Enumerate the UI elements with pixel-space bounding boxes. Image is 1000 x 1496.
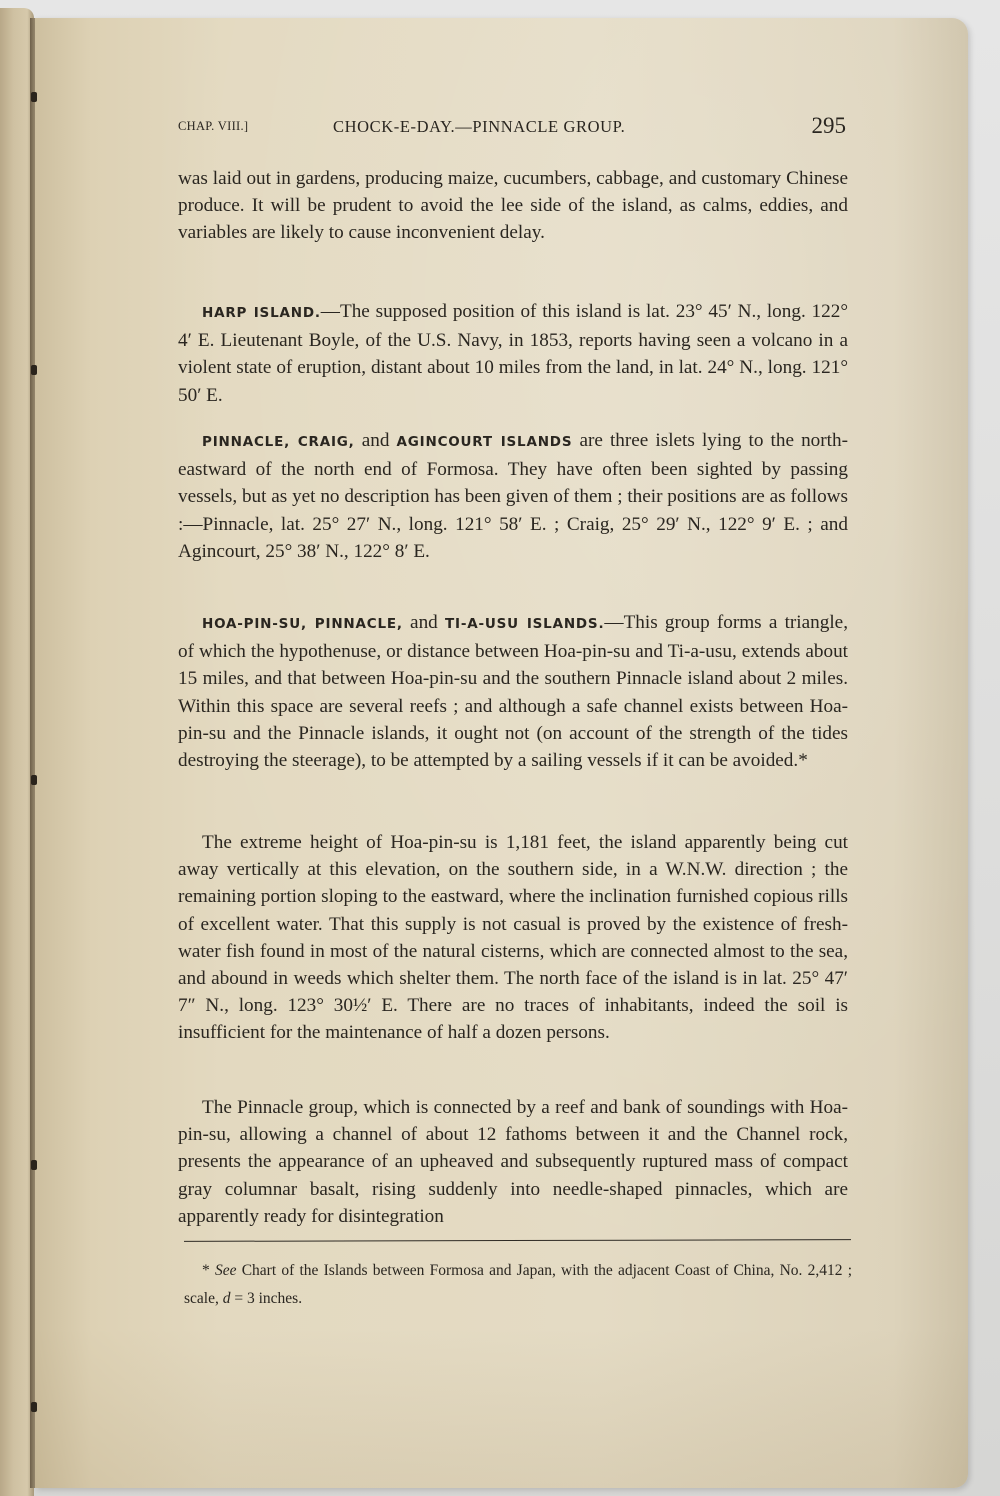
paragraph-text: —This group forms a triangle, of which t… (178, 612, 848, 771)
book-photo: CHAP. VIII.] CHOCK-E-DAY.—PINNACLE GROUP… (0, 0, 1000, 1496)
binding-thread-mark (31, 92, 37, 102)
paragraph-pinnacle-group: The Pinnacle group, which is connected b… (178, 1094, 848, 1230)
binding-thread-mark (31, 1402, 37, 1412)
section-heading: HARP ISLAND. (202, 305, 321, 321)
binding-thread-mark (31, 1160, 37, 1170)
heading-connector: and (403, 612, 445, 633)
section-heading: TI-A-USU ISLANDS. (445, 616, 604, 632)
footnote-marker: * (202, 1262, 210, 1279)
page-number: 295 (812, 113, 847, 139)
running-head: CHAP. VIII.] CHOCK-E-DAY.—PINNACLE GROUP… (178, 114, 846, 144)
section-heading: HOA-PIN-SU, PINNACLE, (202, 616, 403, 632)
paragraph-text: The Pinnacle group, which is connected b… (178, 1094, 848, 1230)
paragraph-continuation: was laid out in gardens, producing maize… (178, 165, 848, 247)
running-title: CHOCK-E-DAY.—PINNACLE GROUP. (333, 117, 625, 137)
binding-thread-mark (31, 775, 37, 785)
footnote-see: See (215, 1262, 237, 1279)
left-page-edge (0, 8, 34, 1496)
footnote-text-end: = 3 inches. (230, 1290, 302, 1307)
heading-connector: and (355, 430, 397, 451)
section-heading: PINNACLE, CRAIG, (202, 434, 355, 450)
paragraph-hoa-pin-su: HOA-PIN-SU, PINNACLE, and TI-A-USU ISLAN… (178, 609, 848, 774)
section-heading: AGINCOURT ISLANDS (397, 434, 573, 450)
chapter-label: CHAP. VIII.] (178, 119, 248, 134)
paragraph-extreme-height: The extreme height of Hoa-pin-su is 1,18… (178, 829, 848, 1047)
paragraph-pinnacle-craig-agincourt: PINNACLE, CRAIG, and AGINCOURT ISLANDS a… (178, 427, 848, 565)
paragraph-harp-island: HARP ISLAND.—The supposed position of th… (178, 298, 848, 409)
paragraph-text: The extreme height of Hoa-pin-su is 1,18… (178, 829, 848, 1047)
binding-thread-mark (31, 365, 37, 375)
footnote: * See Chart of the Islands between Formo… (184, 1257, 852, 1313)
paragraph-text: was laid out in gardens, producing maize… (178, 165, 848, 247)
